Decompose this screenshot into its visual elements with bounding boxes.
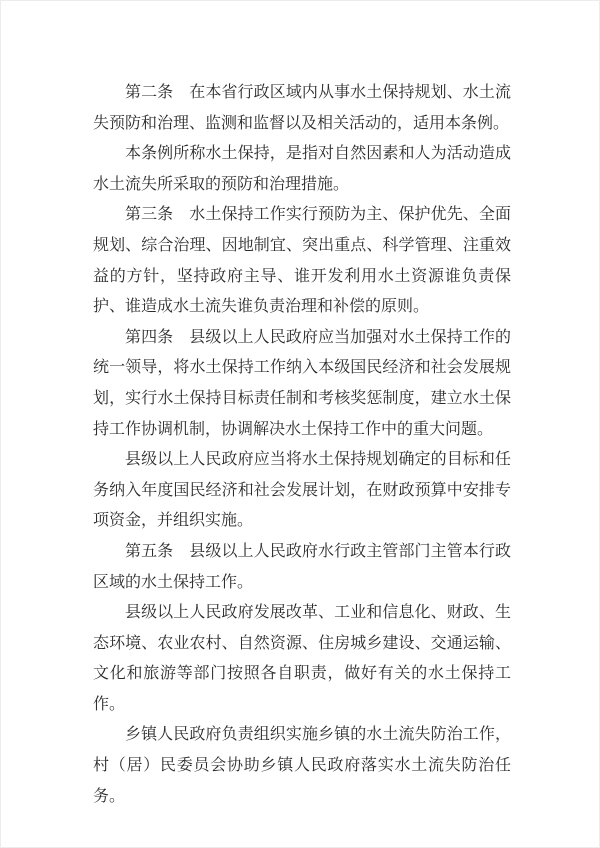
paragraph-text: 乡镇人民政府负责组织实施乡镇的水土流失防治工作，村（居）民委员会协助乡镇人民政府…: [93, 724, 511, 804]
paragraph-article-5-departments: 县级以上人民政府发展改革、工业和信息化、财政、生态环境、农业农村、自然资源、住房…: [93, 597, 511, 719]
paragraph-article-4-cont: 县级以上人民政府应当将水土保持规划确定的目标和任务纳入年度国民经济和社会发展计划…: [93, 444, 511, 536]
paragraph-text: 县级以上人民政府应当将水土保持规划确定的目标和任务纳入年度国民经济和社会发展计划…: [93, 449, 511, 529]
document-body: 第二条在本省行政区域内从事水土保持规划、水土流失预防和治理、监测和监督以及相关活…: [93, 77, 511, 811]
paragraph-definition: 本条例所称水土保持，是指对自然因素和人为活动造成水土流失所采取的预防和治理措施。: [93, 138, 511, 199]
article-label: 第三条: [125, 204, 173, 223]
paragraph-text: 本条例所称水土保持，是指对自然因素和人为活动造成水土流失所采取的预防和治理措施。: [93, 143, 511, 193]
paragraph-article-5-townships: 乡镇人民政府负责组织实施乡镇的水土流失防治工作，村（居）民委员会协助乡镇人民政府…: [93, 719, 511, 811]
document-page: 第二条在本省行政区域内从事水土保持规划、水土流失预防和治理、监测和监督以及相关活…: [0, 0, 600, 848]
article-label: 第四条: [125, 327, 173, 346]
paragraph-article-2: 第二条在本省行政区域内从事水土保持规划、水土流失预防和治理、监测和监督以及相关活…: [93, 77, 511, 138]
paragraph-article-4: 第四条县级以上人民政府应当加强对水土保持工作的统一领导，将水土保持工作纳入本级国…: [93, 322, 511, 444]
paragraph-text: 县级以上人民政府发展改革、工业和信息化、财政、生态环境、农业农村、自然资源、住房…: [93, 602, 511, 713]
article-label: 第二条: [125, 82, 173, 101]
paragraph-article-5: 第五条县级以上人民政府水行政主管部门主管本行政区域的水土保持工作。: [93, 536, 511, 597]
article-label: 第五条: [125, 541, 173, 560]
paragraph-article-3: 第三条水土保持工作实行预防为主、保护优先、全面规划、综合治理、因地制宜、突出重点…: [93, 199, 511, 321]
